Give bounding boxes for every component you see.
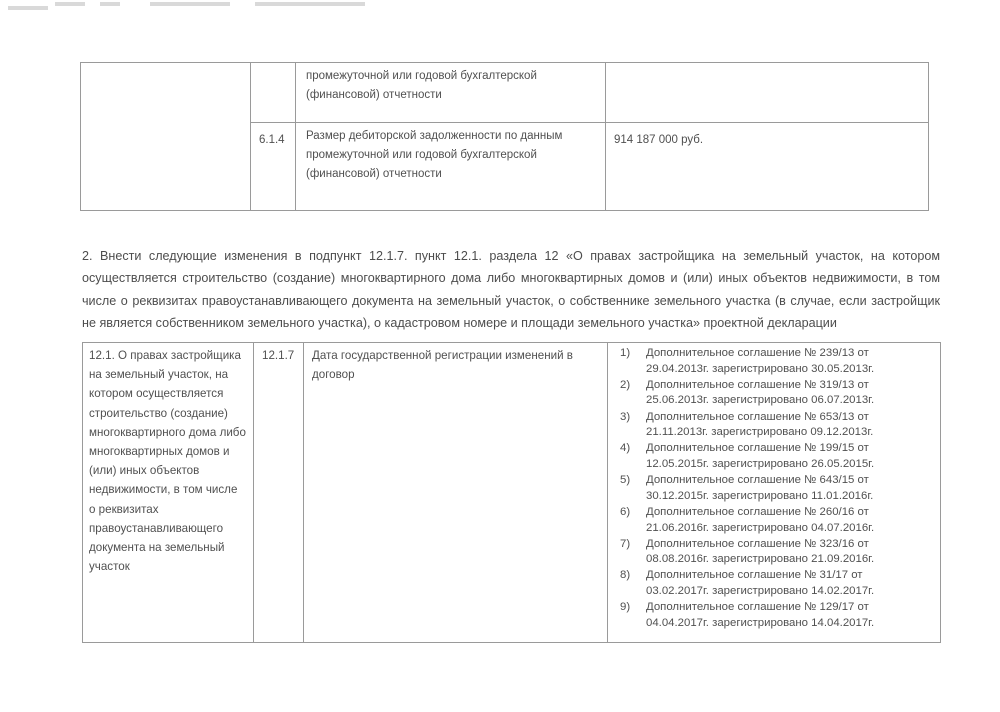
- list-item: 3)Дополнительное соглашение № 653/13 от2…: [614, 410, 934, 441]
- table-row: промежуточной или годовой бухгалтерской …: [81, 63, 929, 123]
- item-line1: Дополнительное соглашение № 199/15 от: [646, 442, 869, 454]
- item-number: 1): [620, 346, 630, 362]
- row-description: Размер дебиторской задолженности по данн…: [296, 123, 606, 211]
- item-line2: 29.04.2013г. зарегистрировано 30.05.2013…: [646, 363, 874, 375]
- top-table: промежуточной или годовой бухгалтерской …: [80, 62, 929, 211]
- blank-cell: [81, 63, 251, 211]
- list-item: 8)Дополнительное соглашение № 31/17 от03…: [614, 568, 934, 599]
- item-line2: 08.08.2016г. зарегистрировано 21.09.2016…: [646, 553, 874, 565]
- item-number: 9): [620, 600, 630, 616]
- item-number: 6): [620, 505, 630, 521]
- item-number: 7): [620, 537, 630, 553]
- item-line1: Дополнительное соглашение № 643/15 от: [646, 474, 869, 486]
- table-row: 12.1. О правах застройщика на земельный …: [83, 343, 941, 643]
- item-number: 5): [620, 473, 630, 489]
- item-line2: 21.06.2016г. зарегистрировано 04.07.2016…: [646, 522, 874, 534]
- item-number: 2): [620, 378, 630, 394]
- item-number: 8): [620, 568, 630, 584]
- list-item: 4)Дополнительное соглашение № 199/15 от1…: [614, 441, 934, 472]
- row-number: 6.1.4: [251, 123, 296, 211]
- item-line1: Дополнительное соглашение № 319/13 от: [646, 379, 869, 391]
- row-number: [251, 63, 296, 123]
- list-item: 1)Дополнительное соглашение № 239/13 от2…: [614, 346, 934, 377]
- main-table: 12.1. О правах застройщика на земельный …: [82, 342, 941, 643]
- item-line2: 04.04.2017г. зарегистрировано 14.04.2017…: [646, 617, 874, 629]
- agreements-cell: 1)Дополнительное соглашение № 239/13 от2…: [608, 343, 941, 643]
- item-line2: 21.11.2013г. зарегистрировано 09.12.2013…: [646, 426, 873, 438]
- row-value: [606, 63, 929, 123]
- item-number: 4): [620, 441, 630, 457]
- row-value: 914 187 000 руб.: [606, 123, 929, 211]
- item-line1: Дополнительное соглашение № 323/16 от: [646, 538, 869, 550]
- item-line1: Дополнительное соглашение № 260/16 от: [646, 506, 869, 518]
- list-item: 6)Дополнительное соглашение № 260/16 от2…: [614, 505, 934, 536]
- list-item: 9)Дополнительное соглашение № 129/17 от0…: [614, 600, 934, 631]
- section-title: 12.1. О правах застройщика на земельный …: [83, 343, 254, 643]
- row-description: Дата государственной регистрации изменен…: [304, 343, 608, 643]
- list-item: 5)Дополнительное соглашение № 643/15 от3…: [614, 473, 934, 504]
- item-line2: 25.06.2013г. зарегистрировано 06.07.2013…: [646, 394, 874, 406]
- list-item: 2)Дополнительное соглашение № 319/13 от2…: [614, 378, 934, 409]
- item-line2: 30.12.2015г. зарегистрировано 11.01.2016…: [646, 490, 873, 502]
- scan-artifact-header: [0, 0, 1000, 12]
- item-line1: Дополнительное соглашение № 31/17 от: [646, 569, 863, 581]
- item-line2: 03.02.2017г. зарегистрировано 14.02.2017…: [646, 585, 874, 597]
- row-number: 12.1.7: [254, 343, 304, 643]
- item-line1: Дополнительное соглашение № 653/13 от: [646, 411, 869, 423]
- row-description: промежуточной или годовой бухгалтерской …: [296, 63, 606, 123]
- agreements-list: 1)Дополнительное соглашение № 239/13 от2…: [614, 346, 934, 631]
- item-number: 3): [620, 410, 630, 426]
- list-item: 7)Дополнительное соглашение № 323/16 от0…: [614, 537, 934, 568]
- amendment-paragraph: 2. Внести следующие изменения в подпункт…: [82, 245, 940, 335]
- item-line1: Дополнительное соглашение № 129/17 от: [646, 601, 869, 613]
- item-line1: Дополнительное соглашение № 239/13 от: [646, 347, 869, 359]
- item-line2: 12.05.2015г. зарегистрировано 26.05.2015…: [646, 458, 874, 470]
